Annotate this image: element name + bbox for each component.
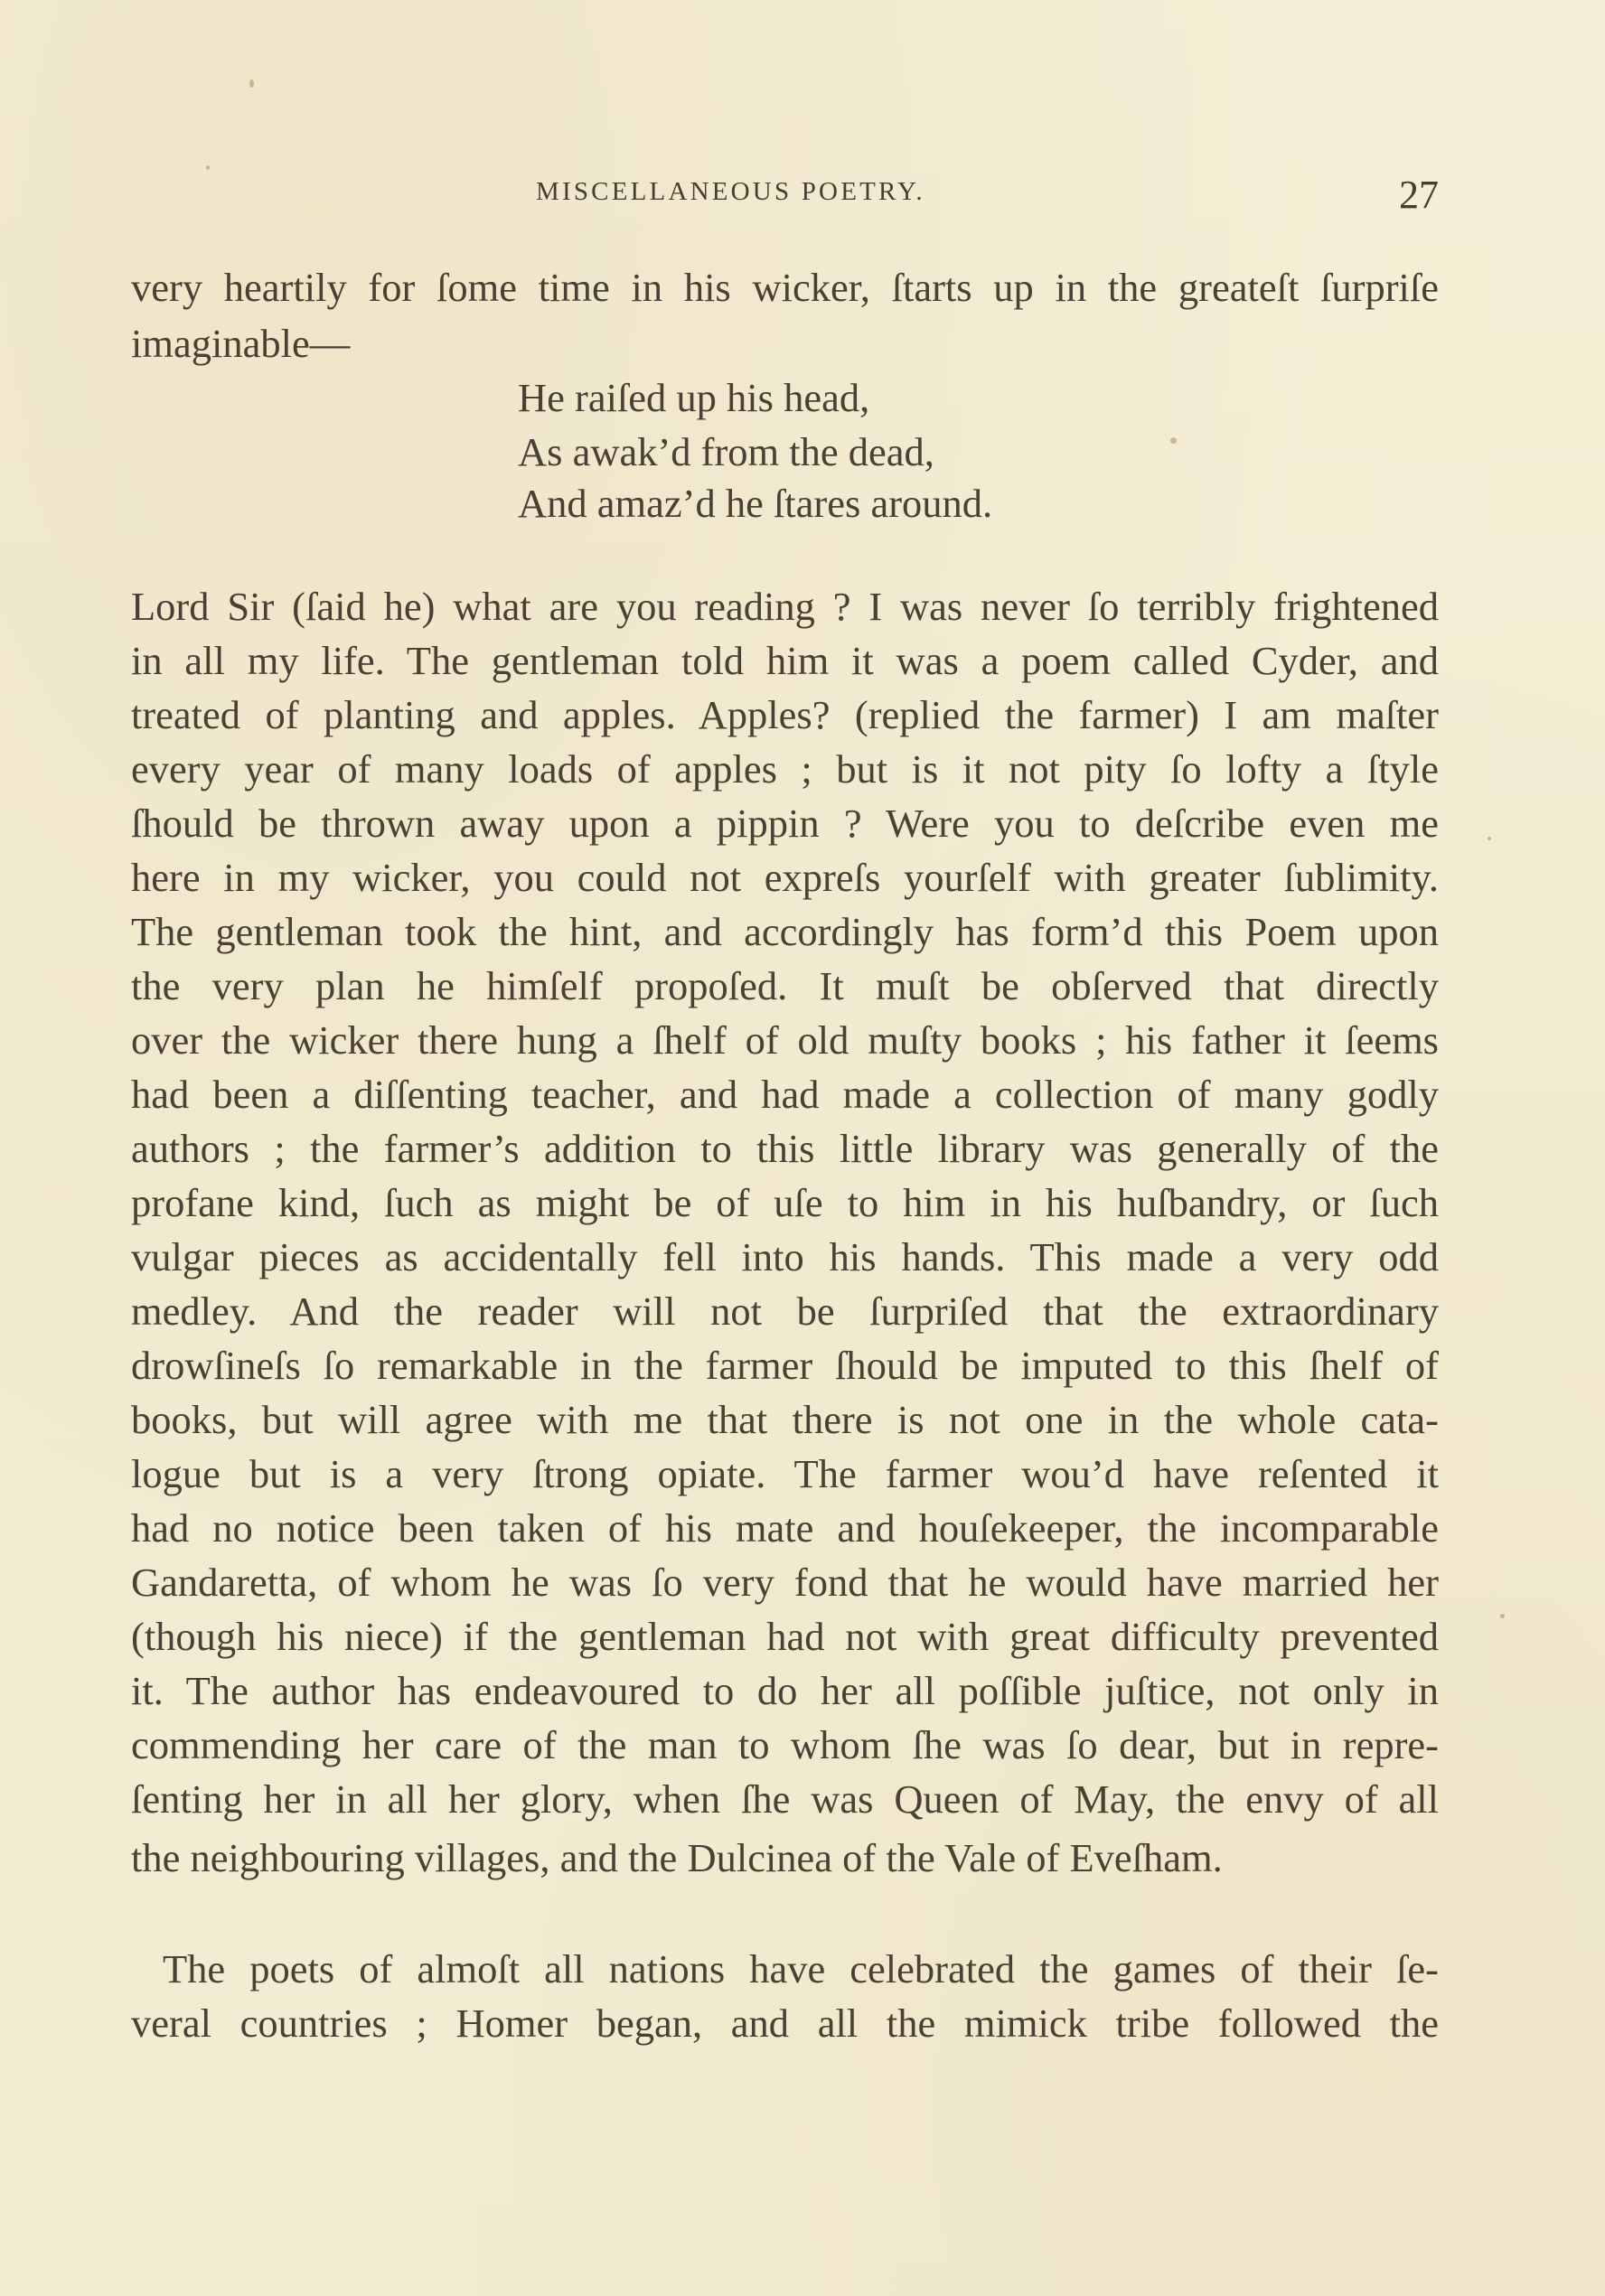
text-line: imaginable—: [131, 320, 1439, 367]
text-line: the very plan he himſelf propoſed. It mu…: [131, 962, 1439, 1009]
verse-line: He raiſed up his head,: [518, 374, 869, 421]
text-line: logue but is a very ſtrong opiate. The f…: [131, 1450, 1439, 1497]
paper-speck: [1170, 437, 1177, 444]
text-line: it. The author has endeavoured to do her…: [131, 1667, 1439, 1714]
text-line: The poets of almoſt all nations have cel…: [163, 1945, 1439, 1992]
text-line: Gandaretta, of whom he was ſo very fond …: [131, 1559, 1439, 1606]
text-line: authors ; the farmer’s addition to this …: [131, 1125, 1439, 1172]
text-line: every year of many loads of apples ; but…: [131, 745, 1439, 792]
running-title: MISCELLANEOUS POETRY.: [536, 177, 925, 207]
paper-speck: [249, 80, 254, 88]
text-line: profane kind, ſuch as might be of uſe to…: [131, 1179, 1439, 1226]
text-line: ſenting her in all her glory, when ſhe w…: [131, 1776, 1439, 1823]
text-line: treated of planting and apples. Apples? …: [131, 691, 1439, 738]
text-line: Lord Sir (ſaid he) what are you reading …: [131, 583, 1439, 630]
text-line: medley. And the reader will not be ſurpr…: [131, 1288, 1439, 1335]
paper-speck: [1488, 837, 1491, 840]
page-number: 27: [1399, 172, 1439, 218]
text-line: had been a diſſenting teacher, and had m…: [131, 1071, 1439, 1118]
text-line: over the wicker there hung a ſhelf of ol…: [131, 1017, 1439, 1064]
verse-line: And amaz’d he ſtares around.: [518, 480, 992, 527]
text-line: here in my wicker, you could not expreſs…: [131, 854, 1439, 901]
text-line: commending her care of the man to whom ſ…: [131, 1721, 1439, 1768]
paper-speck: [1500, 1614, 1505, 1618]
text-line: in all my life. The gentleman told him i…: [131, 637, 1439, 684]
text-line: veral countries ; Homer began, and all t…: [131, 2000, 1439, 2047]
paper-speck: [206, 165, 210, 170]
verse-line: As awak’d from the dead,: [518, 428, 934, 475]
text-line: (though his niece) if the gentleman had …: [131, 1613, 1439, 1660]
text-line: The gentleman took the hint, and accordi…: [131, 908, 1439, 955]
text-line: ſhould be thrown away upon a pippin ? We…: [131, 800, 1439, 847]
text-line: had no notice been taken of his mate and…: [131, 1504, 1439, 1551]
text-line: the neighbouring villages, and the Dulci…: [131, 1834, 1439, 1881]
text-line: drowſineſs ſo remarkable in the farmer ſ…: [131, 1342, 1439, 1389]
text-line: vulgar pieces as accidentally fell into …: [131, 1233, 1439, 1280]
text-line: very heartily for ſome time in his wicke…: [131, 264, 1439, 311]
text-line: books, but will agree with me that there…: [131, 1396, 1439, 1443]
